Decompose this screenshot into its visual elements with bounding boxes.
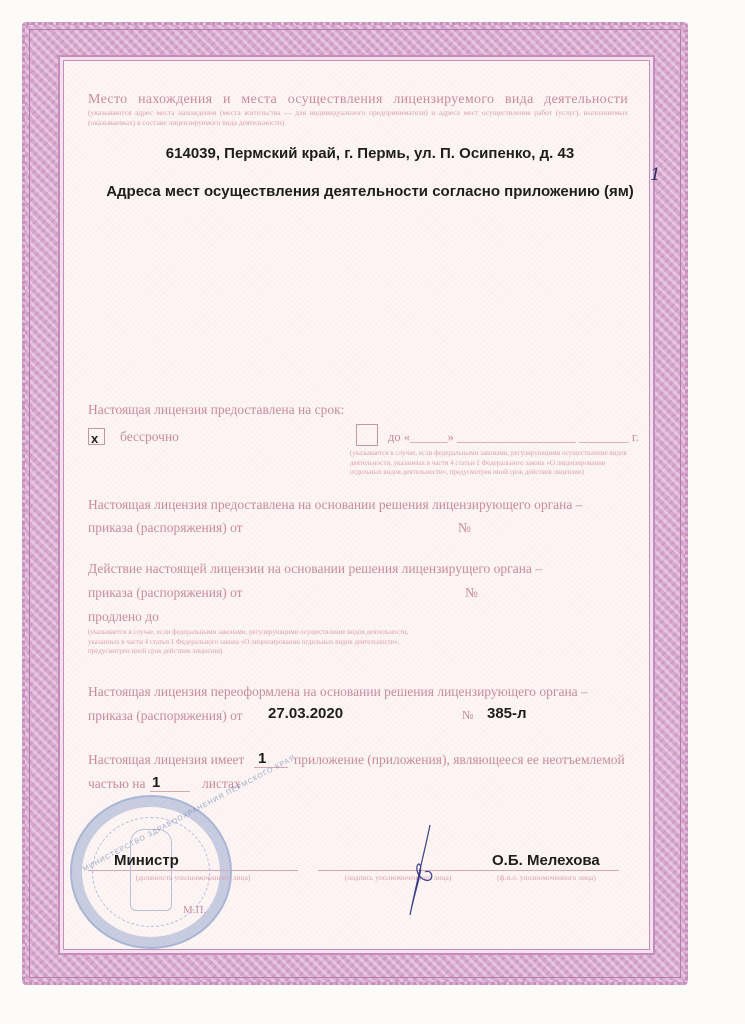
reissued-order-number: 385-л [487,705,527,722]
position-caption: (должность уполномоченного лица) [88,873,298,883]
extended-until-label: продлено до [88,609,159,625]
extended-label: Действие настоящей лицензии на основании… [88,561,542,577]
sheets-count-line [150,791,190,792]
name-caption: (ф.и.о. уполномоченного лица) [474,873,619,883]
official-stamp: МИНИСТЕРСТВО ЗДРАВООХРАНЕНИЯ ПЕРМСКОГО К… [70,795,232,949]
until-date-note: (указывается в случае, если федеральными… [350,449,630,478]
reissued-order-date: 27.03.2020 [268,705,343,722]
until-date-label: до «______» ___________________ ________… [388,430,639,445]
handwritten-page-mark: 1 [650,165,661,185]
term-label: Настоящая лицензия предоставлена на срок… [88,402,344,418]
extended-note: (указывается в случае, если федеральными… [88,628,423,657]
reissued-order-label: приказа (распоряжения) от [88,708,243,724]
appendix-text-after: приложение (приложения), являющееся ее н… [294,752,625,768]
granted-number-label: № [458,520,471,536]
granted-order-label: приказа (распоряжения) от [88,520,243,536]
seal-label: М.П. [183,904,206,916]
location-heading: Место нахождения и места осуществления л… [88,92,628,108]
addresses-note: Адреса мест осуществления деятельности с… [80,183,660,200]
indefinite-check-mark: x [91,431,98,446]
location-note: (указываются адрес места нахождения (мес… [88,108,628,127]
appendix-count: 1 [258,750,266,767]
handwritten-signature-icon [395,820,455,920]
extended-number-label: № [465,585,478,601]
extended-order-label: приказа (распоряжения) от [88,585,243,601]
signatory-name: О.Б. Мелехова [492,852,600,869]
position-line [88,870,298,871]
reissued-label: Настоящая лицензия переоформлена на осно… [88,684,588,700]
reissued-number-label: № [462,708,473,723]
granted-label: Настоящая лицензия предоставлена на осно… [88,497,582,513]
name-line [474,870,619,871]
address: 614039, Пермский край, г. Пермь, ул. П. … [80,145,660,162]
signatory-position: Министр [114,852,179,869]
indefinite-label: бессрочно [120,429,179,445]
sheets-text-before: частью на [88,776,146,792]
sheets-count: 1 [152,774,160,791]
until-date-checkbox[interactable] [356,424,378,446]
appendix-text-before: Настоящая лицензия имеет [88,752,244,768]
